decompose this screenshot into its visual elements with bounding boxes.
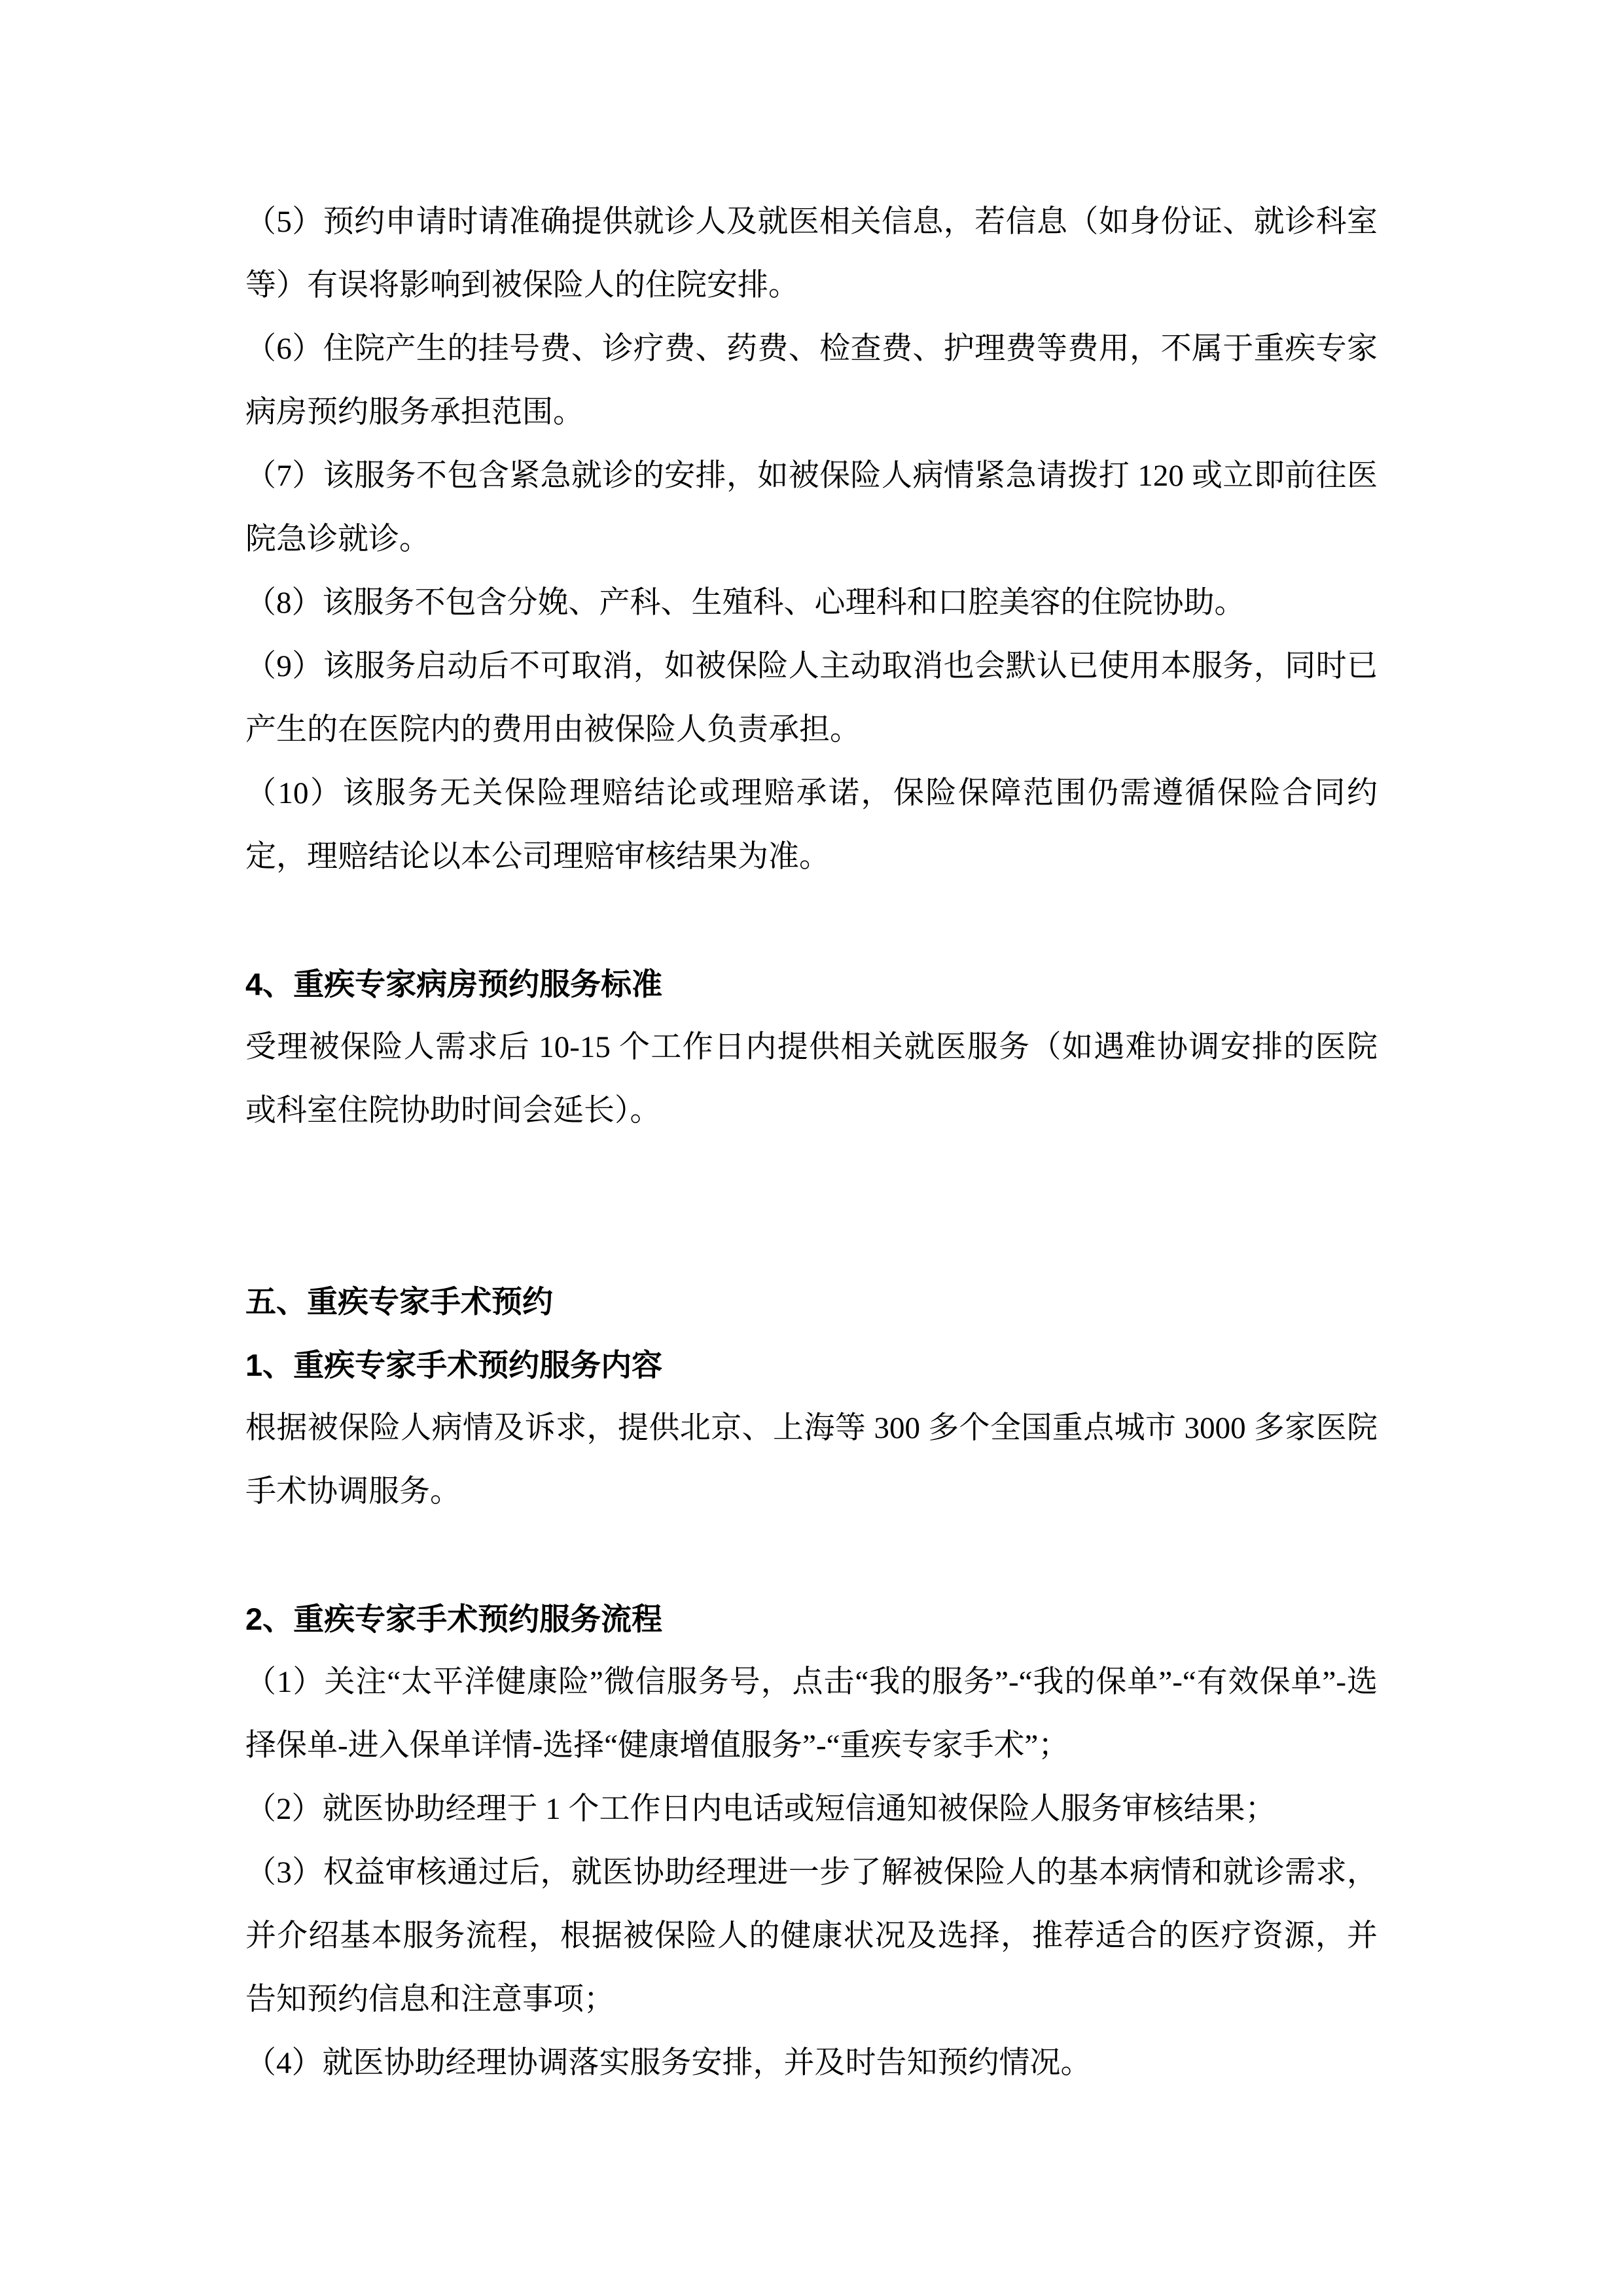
step-paragraph-2: （2）就医协助经理于 1 个工作日内电话或短信通知被保险人服务审核结果； [245, 1778, 1378, 1841]
note-paragraph-10: （10）该服务无关保险理赔结论或理赔承诺，保险保障范围仍需遵循保险合同约定，理赔… [245, 762, 1378, 889]
note-paragraph-6: （6）住院产生的挂号费、诊疗费、药费、检查费、护理费等费用，不属于重疾专家病房预… [245, 317, 1378, 444]
note-paragraph-5: （5）预约申请时请准确提供就诊人及就医相关信息，若信息（如身份证、就诊科室等）有… [245, 190, 1378, 317]
step-paragraph-1: （1）关注“太平洋健康险”微信服务号，点击“我的服务”-“我的保单”-“有效保单… [245, 1651, 1378, 1778]
note-paragraph-7: （7）该服务不包含紧急就诊的安排，如被保险人病情紧急请拨打 120 或立即前往医… [245, 444, 1378, 571]
section4-body: 受理被保险人需求后 10-15 个工作日内提供相关就医服务（如遇难协调安排的医院… [245, 1016, 1378, 1143]
section5-sub1-heading: 1、重疾专家手术预约服务内容 [245, 1333, 1378, 1397]
blank-lines [245, 1143, 1378, 1270]
section-heading-4: 4、重疾专家病房预约服务标准 [245, 952, 1378, 1016]
step-paragraph-4: （4）就医协助经理协调落实服务安排，并及时告知预约情况。 [245, 2032, 1378, 2095]
section5-sub1-body: 根据被保险人病情及诉求，提供北京、上海等 300 多个全国重点城市 3000 多… [245, 1397, 1378, 1524]
section5-sub2-heading: 2、重疾专家手术预约服务流程 [245, 1587, 1378, 1651]
document-page: （5）预约申请时请准确提供就诊人及就医相关信息，若信息（如身份证、就诊科室等）有… [0, 0, 1623, 2296]
section-heading-5: 五、重疾专家手术预约 [245, 1270, 1378, 1333]
blank-line [245, 889, 1378, 952]
step-paragraph-3: （3）权益审核通过后，就医协助经理进一步了解被保险人的基本病情和就诊需求，并介绍… [245, 1841, 1378, 2032]
blank-line [245, 1524, 1378, 1587]
note-paragraph-9: （9）该服务启动后不可取消，如被保险人主动取消也会默认已使用本服务，同时已产生的… [245, 635, 1378, 762]
note-paragraph-8: （8）该服务不包含分娩、产科、生殖科、心理科和口腔美容的住院协助。 [245, 571, 1378, 635]
